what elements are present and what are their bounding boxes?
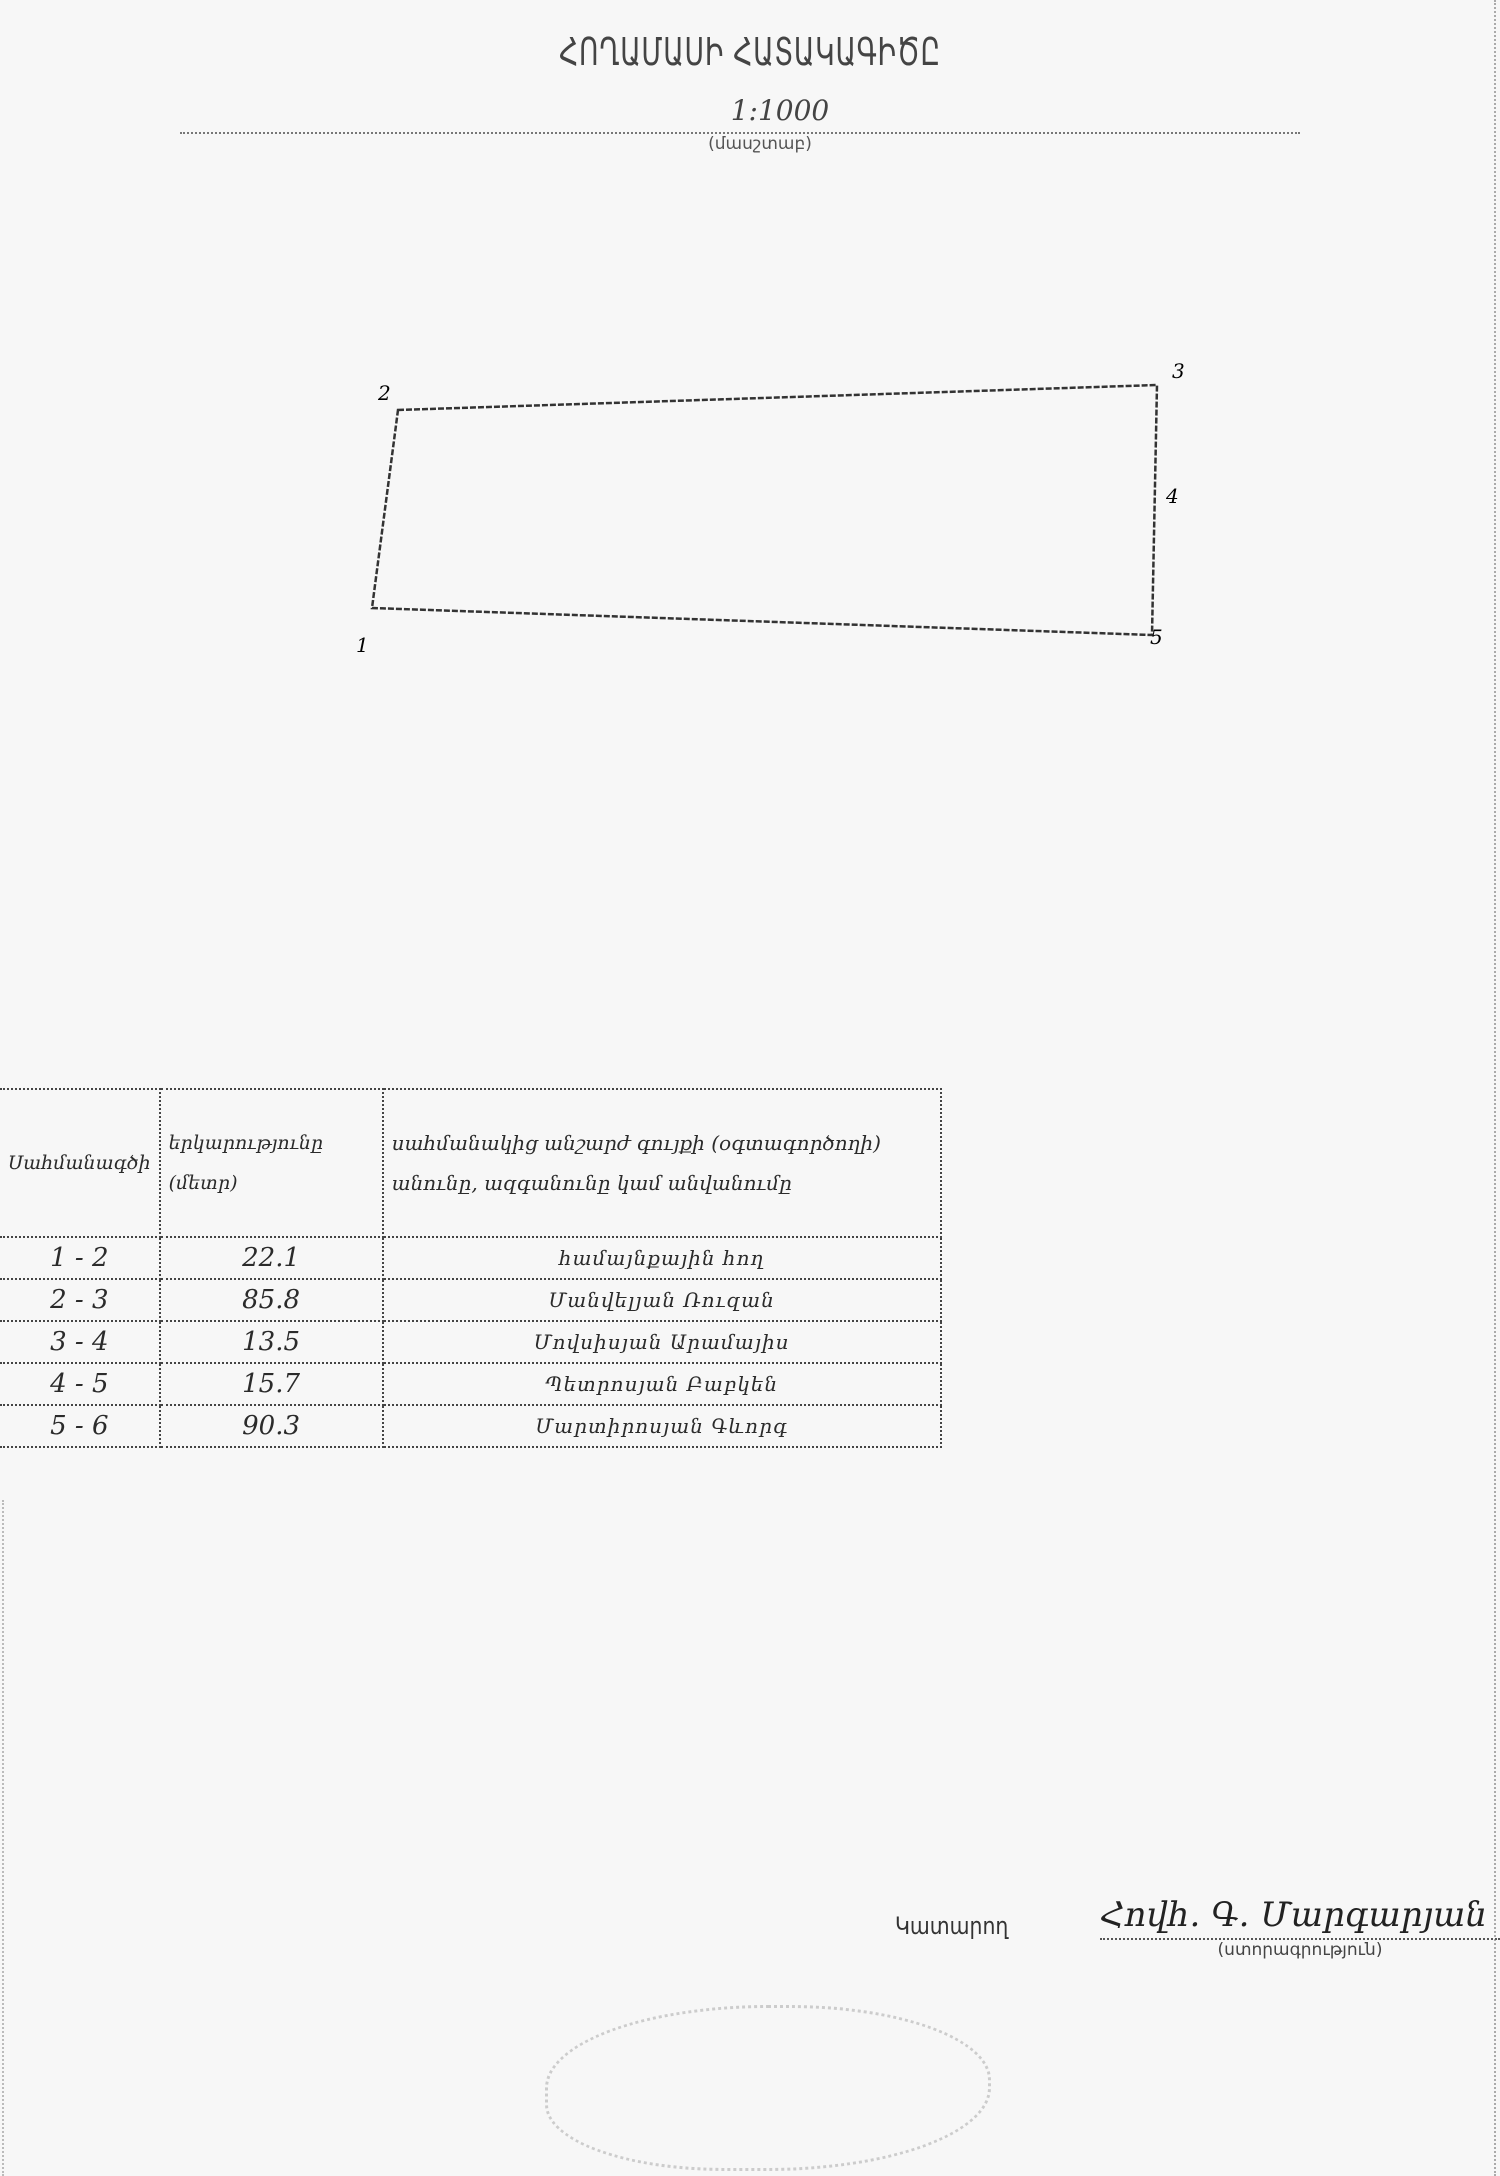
- cell-neighbor: Մանվելյան Ռուզան: [383, 1279, 941, 1321]
- point-label-1: 1: [356, 633, 369, 657]
- cell-length: 15.7: [160, 1363, 383, 1405]
- stamp-mark: [545, 2005, 991, 2171]
- table-row: 3 - 4 13.5 Մովսիսյան Արամայիս: [0, 1321, 941, 1363]
- header-length: երկարությունը (մետր): [160, 1089, 383, 1237]
- table-row: 1 - 2 22.1 համայնքային հող: [0, 1237, 941, 1279]
- cell-segment: 2 - 3: [0, 1279, 160, 1321]
- cell-segment: 4 - 5: [0, 1363, 160, 1405]
- cell-neighbor: համայնքային հող: [383, 1237, 941, 1279]
- header-segment: Սահմանագծի: [0, 1089, 160, 1237]
- table-header-row: Սահմանագծի երկարությունը (մետր) սահմանակ…: [0, 1089, 941, 1237]
- boundary-table: Սահմանագծի երկարությունը (մետր) սահմանակ…: [0, 1088, 942, 1448]
- cell-segment: 1 - 2: [0, 1237, 160, 1279]
- signature: Հովհ. Գ. Մարգարյան: [1100, 1895, 1500, 1935]
- point-label-4: 4: [1165, 484, 1179, 508]
- table-row: 2 - 3 85.8 Մանվելյան Ռուզան: [0, 1279, 941, 1321]
- cell-neighbor: Մարտիրոսյան Գևորգ: [383, 1405, 941, 1447]
- cell-length: 85.8: [160, 1279, 383, 1321]
- cell-length: 22.1: [160, 1237, 383, 1279]
- header-neighbor: սահմանակից անշարժ գույքի (օգտագործողի) ա…: [383, 1089, 941, 1237]
- table-row: 4 - 5 15.7 Պետրոսյան Բաբկեն: [0, 1363, 941, 1405]
- performer-label: Կատարող: [895, 1912, 1008, 1940]
- cell-length: 13.5: [160, 1321, 383, 1363]
- land-plot-diagram: 1 2 3 4 5: [0, 0, 1500, 800]
- plot-boundary: [372, 385, 1157, 635]
- cell-length: 90.3: [160, 1405, 383, 1447]
- point-label-5: 5: [1150, 625, 1163, 649]
- signature-caption: (ստորագրություն): [1180, 1940, 1420, 1960]
- table-row: 5 - 6 90.3 Մարտիրոսյան Գևորգ: [0, 1405, 941, 1447]
- cell-segment: 3 - 4: [0, 1321, 160, 1363]
- cell-segment: 5 - 6: [0, 1405, 160, 1447]
- point-label-2: 2: [377, 381, 391, 405]
- cell-neighbor: Պետրոսյան Բաբկեն: [383, 1363, 941, 1405]
- point-label-3: 3: [1172, 359, 1185, 383]
- cell-neighbor: Մովսիսյան Արամայիս: [383, 1321, 941, 1363]
- scan-edge-left: [2, 1500, 4, 2176]
